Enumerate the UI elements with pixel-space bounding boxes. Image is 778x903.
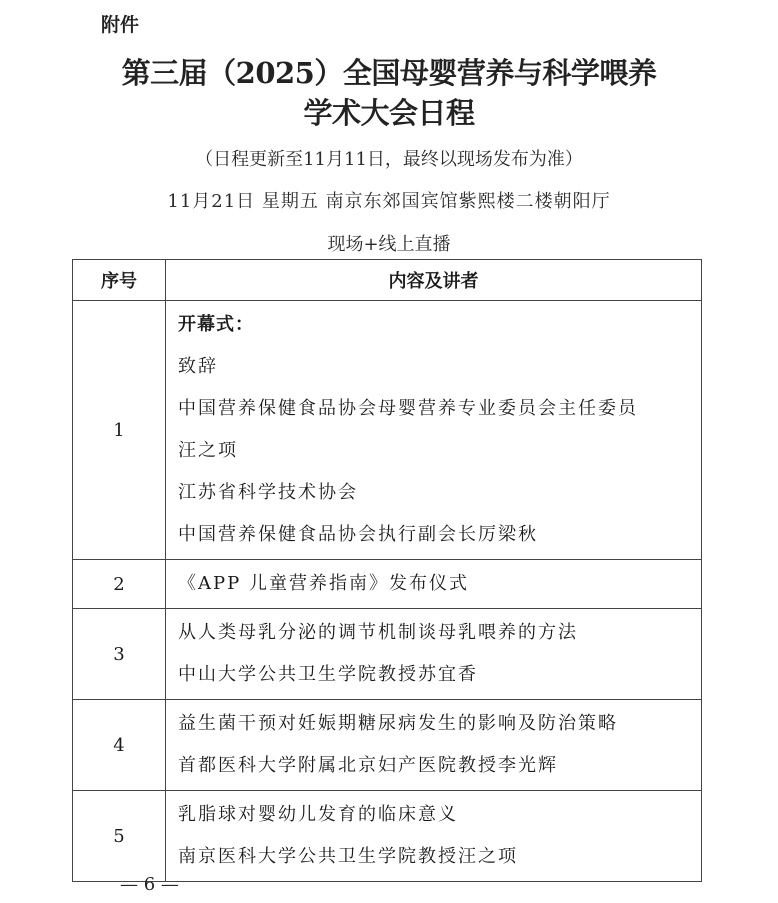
document-title-line2: 学术大会日程: [0, 91, 778, 132]
content-line: 中国营养保健食品协会执行副会长厉梁秋: [178, 514, 701, 556]
speaker: 首都医科大学附属北京妇产医院教授李光辉: [178, 745, 701, 787]
table-header-row: 序号 内容及讲者: [73, 260, 702, 301]
row-number: 3: [73, 609, 166, 700]
talk-title: 益生菌干预对妊娠期糖尿病发生的影响及防治策略: [178, 703, 701, 745]
page-number: — 6 —: [120, 874, 179, 895]
content-line: 致辞: [178, 346, 701, 388]
session-title: 开幕式：: [178, 304, 701, 346]
document-title-line1: 第三届（2025）全国母婴营养与科学喂养: [0, 51, 778, 92]
row-number: 5: [73, 791, 166, 882]
row-content: 乳脂球对婴幼儿发育的临床意义 南京医科大学公共卫生学院教授汪之项: [166, 791, 702, 882]
row-content: 从人类母乳分泌的调节机制谈母乳喂养的方法 中山大学公共卫生学院教授苏宜香: [166, 609, 702, 700]
update-note: （日程更新至11月11日，最终以现场发布为准）: [0, 145, 778, 171]
speaker: 南京医科大学公共卫生学院教授汪之项: [178, 836, 701, 878]
header-content: 内容及讲者: [166, 260, 702, 301]
row-number: 1: [73, 301, 166, 560]
table-row: 2 《APP 儿童营养指南》发布仪式: [73, 560, 702, 609]
schedule-table: 序号 内容及讲者 1 开幕式： 致辞 中国营养保健食品协会母婴营养专业委员会主任…: [72, 259, 702, 882]
row-number: 2: [73, 560, 166, 609]
table-row: 5 乳脂球对婴幼儿发育的临床意义 南京医科大学公共卫生学院教授汪之项: [73, 791, 702, 882]
broadcast-mode: 现场+线上直播: [0, 230, 778, 256]
content-line: 《APP 儿童营养指南》发布仪式: [178, 563, 701, 605]
talk-title: 从人类母乳分泌的调节机制谈母乳喂养的方法: [178, 612, 701, 654]
date-venue: 11月21日 星期五 南京东郊国宾馆紫熙楼二楼朝阳厅: [0, 187, 778, 213]
speaker: 中山大学公共卫生学院教授苏宜香: [178, 654, 701, 696]
table-row: 1 开幕式： 致辞 中国营养保健食品协会母婴营养专业委员会主任委员 汪之项 江苏…: [73, 301, 702, 560]
content-line: 汪之项: [178, 430, 701, 472]
talk-title: 乳脂球对婴幼儿发育的临床意义: [178, 794, 701, 836]
table-row: 4 益生菌干预对妊娠期糖尿病发生的影响及防治策略 首都医科大学附属北京妇产医院教…: [73, 700, 702, 791]
attachment-label: 附件: [101, 10, 139, 37]
table-row: 3 从人类母乳分泌的调节机制谈母乳喂养的方法 中山大学公共卫生学院教授苏宜香: [73, 609, 702, 700]
row-content: 益生菌干预对妊娠期糖尿病发生的影响及防治策略 首都医科大学附属北京妇产医院教授李…: [166, 700, 702, 791]
content-line: 中国营养保健食品协会母婴营养专业委员会主任委员: [178, 388, 701, 430]
content-line: 江苏省科学技术协会: [178, 472, 701, 514]
header-number: 序号: [73, 260, 166, 301]
row-number: 4: [73, 700, 166, 791]
row-content: 开幕式： 致辞 中国营养保健食品协会母婴营养专业委员会主任委员 汪之项 江苏省科…: [166, 301, 702, 560]
row-content: 《APP 儿童营养指南》发布仪式: [166, 560, 702, 609]
